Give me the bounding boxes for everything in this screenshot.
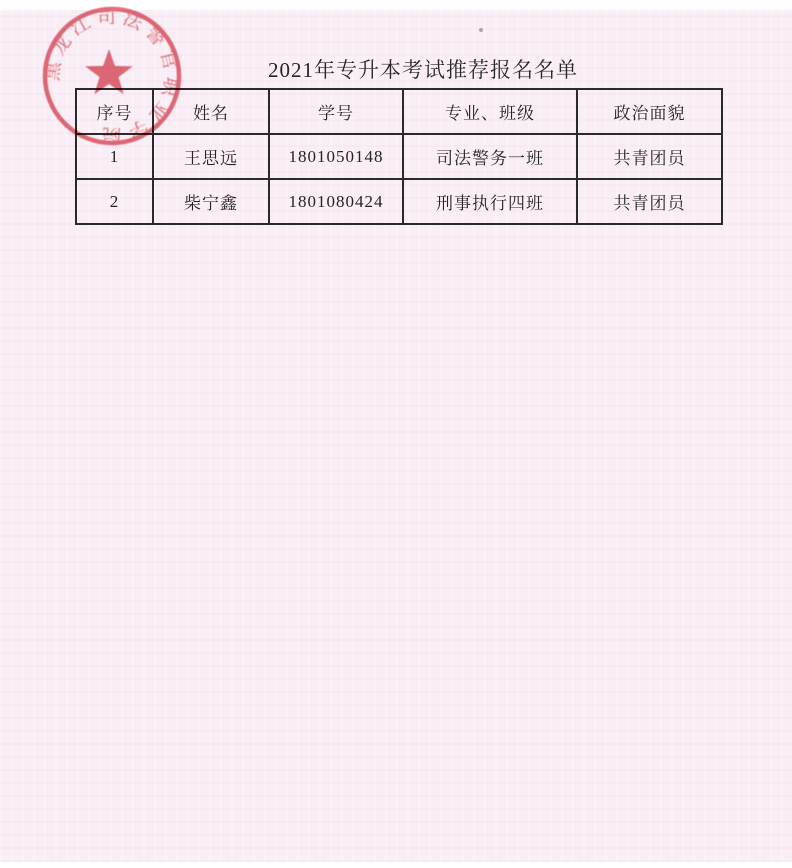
cell-political-status: 共青团员: [577, 179, 722, 224]
scan-speck: [479, 28, 483, 32]
header-major-class: 专业、班级: [403, 89, 577, 134]
cell-serial: 2: [76, 179, 153, 224]
cell-student-id: 1801050148: [269, 134, 403, 179]
cell-name: 柴宁鑫: [153, 179, 269, 224]
cell-student-id: 1801080424: [269, 179, 403, 224]
official-seal: 黑龙江司法警官职业学院: [0, 0, 230, 175]
header-political-status: 政治面貌: [577, 89, 722, 134]
cell-major-class: 司法警务一班: [403, 134, 577, 179]
header-student-id: 学号: [269, 89, 403, 134]
star-icon: [85, 49, 133, 94]
scanned-page: 2021年专升本考试推荐报名名单 序号 姓名 学号 专业、班级 政治面貌 1 王…: [0, 0, 792, 868]
cell-political-status: 共青团员: [577, 134, 722, 179]
table-row: 2 柴宁鑫 1801080424 刑事执行四班 共青团员: [76, 179, 722, 224]
cell-major-class: 刑事执行四班: [403, 179, 577, 224]
